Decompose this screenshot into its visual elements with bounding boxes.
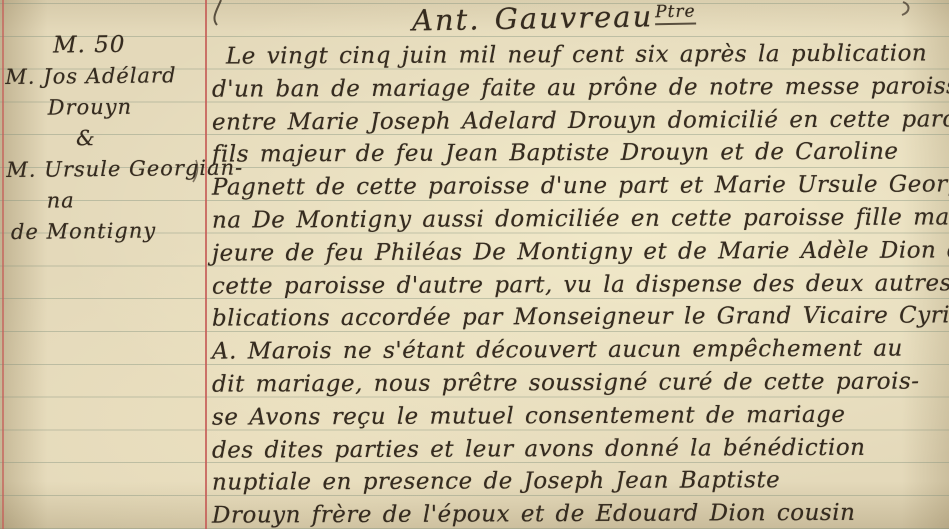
handwritten-text-line: jeure de feu Philéas De Montigny et de M… — [212, 234, 949, 270]
handwritten-text-line: nuptiale en presence de Joseph Jean Bapt… — [212, 464, 949, 500]
margin-note-list: M. Jos AdélardDrouyn&M. Ursule Georgian-… — [5, 60, 205, 248]
register-page-scan: Ant. GauvreauPtre M. 50 M. Jos AdélardDr… — [0, 0, 949, 529]
handwritten-text-line: Le vingt cinq juin mil neuf cent six apr… — [212, 37, 949, 73]
margin-note-line: M. Jos Adélard — [5, 60, 203, 93]
margin-note-line: na — [6, 184, 204, 217]
margin-note-line: Drouyn — [6, 91, 204, 124]
priest-signature: Ant. GauvreauPtre — [412, 0, 696, 37]
record-number: M. 50 — [5, 29, 203, 62]
margin-note-line: de Montigny — [7, 215, 205, 248]
handwritten-text-line: dit mariage, nous prêtre soussigné curé … — [212, 365, 949, 401]
priest-signature-name: Ant. Gauvreau — [412, 0, 654, 37]
handwritten-text-line: fils majeur de feu Jean Baptiste Drouyn … — [212, 136, 949, 172]
handwritten-text-line: se Avons reçu le mutuel consentement de … — [212, 398, 949, 434]
margin-red-line — [205, 0, 207, 529]
margin-note-line: & — [6, 122, 204, 155]
handwritten-text-line: na De Montigny aussi domiciliée en cette… — [212, 201, 949, 237]
handwritten-text-line: d'un ban de mariage faite au prône de no… — [212, 70, 949, 106]
handwritten-text-line: des dites parties et leur avons donné la… — [212, 431, 949, 467]
handwritten-text-line: Drouyn frère de l'époux et de Edouard Di… — [212, 497, 949, 529]
margin-note-line: M. Ursule Georgian- — [6, 153, 204, 186]
handwritten-text-line: A. Marois ne s'étant découvert aucun emp… — [212, 333, 949, 369]
margin-annotations: M. 50 M. Jos AdélardDrouyn&M. Ursule Geo… — [5, 29, 205, 248]
handwritten-text-line: entre Marie Joseph Adelard Drouyn domici… — [212, 103, 949, 139]
left-edge-red-line — [2, 0, 4, 529]
handwritten-text-line: Pagnett de cette paroisse d'une part et … — [212, 169, 949, 205]
marriage-record-text: Le vingt cinq juin mil neuf cent six apr… — [212, 39, 949, 529]
priest-title-superscript: Ptre — [655, 2, 696, 26]
handwritten-text-line: cette paroisse d'autre part, vu la dispe… — [212, 267, 949, 303]
handwritten-text-line: blications accordée par Monseigneur le G… — [212, 300, 949, 336]
